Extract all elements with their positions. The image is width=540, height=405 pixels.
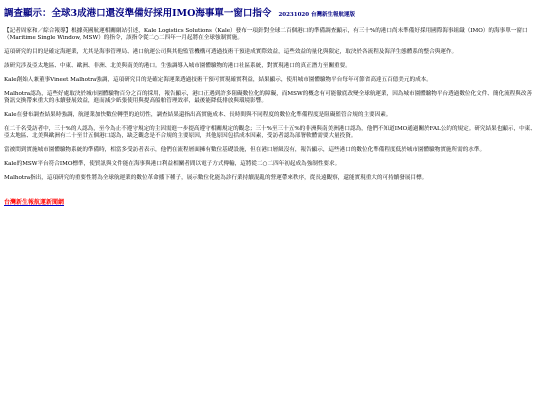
article-header: 調查顯示：全球3成港口還沒準備好採用IMO海事單一窗口指令 20231020 台… [4,4,536,22]
paragraph: Kale的MSW平台符合IMO標準，使貿訊與文件能在海事與港口利益相關者間以電子… [4,161,536,168]
article-title: 調查顯示：全球3成港口還沒準備好採用IMO海事單一窗口指令 [4,8,271,19]
article-page: 調查顯示：全球3成港口還沒準備好採用IMO海事單一窗口指令 20231020 台… [0,0,540,208]
news-site-link[interactable]: 台灣新生報航運新聞網 [4,197,64,206]
paragraph: 在二千名受訪者中，三十%的人認為，至今為止不遵守規定的主因需進一步提高遵守相關規… [4,126,536,140]
paragraph: 該研究涉及亞太地區、中東、歐洲、非洲、北美與南美的港口。生強調導入城市園體驗物的… [4,63,536,70]
paragraph: 這項研究的目的是確定海運業，尤其是海事管理局、港口航運公司與其他監管機構可透過技… [4,49,536,56]
paragraph: 當被問到實施城市園體驗物系統的準備時，相當多受訪者表示，他們在流程層面擁有數位基… [4,147,536,154]
paragraph: 【記者周家和／綜合報導】根據英國航運相關網站引述，Kale Logistics … [4,28,536,42]
article-meta: 20231020 台灣新生報航運版 [278,12,355,18]
paragraph: Kale創始人兼董事Vineet Malhotra強調，這項研究目的是確定海運業… [4,77,536,84]
paragraph: Malhotra指出，這項研究的重要性將為全球航運業的數位革命播下種子，展示數位… [4,175,536,182]
paragraph: Malhotra認為，這些好處取決於城市園體驗物百分之百的採用，報告顯示，港口正… [4,91,536,105]
article-date: 20231020 [278,12,309,18]
paragraph: Kale在發布調查結果時強調，航運業加快數位轉型的迫切性，調查結果還指出高實施成… [4,112,536,119]
article-body: 【記者周家和／綜合報導】根據英國航運相關網站引述，Kale Logistics … [4,28,536,182]
article-source: 台灣新生報航運版 [311,12,355,18]
